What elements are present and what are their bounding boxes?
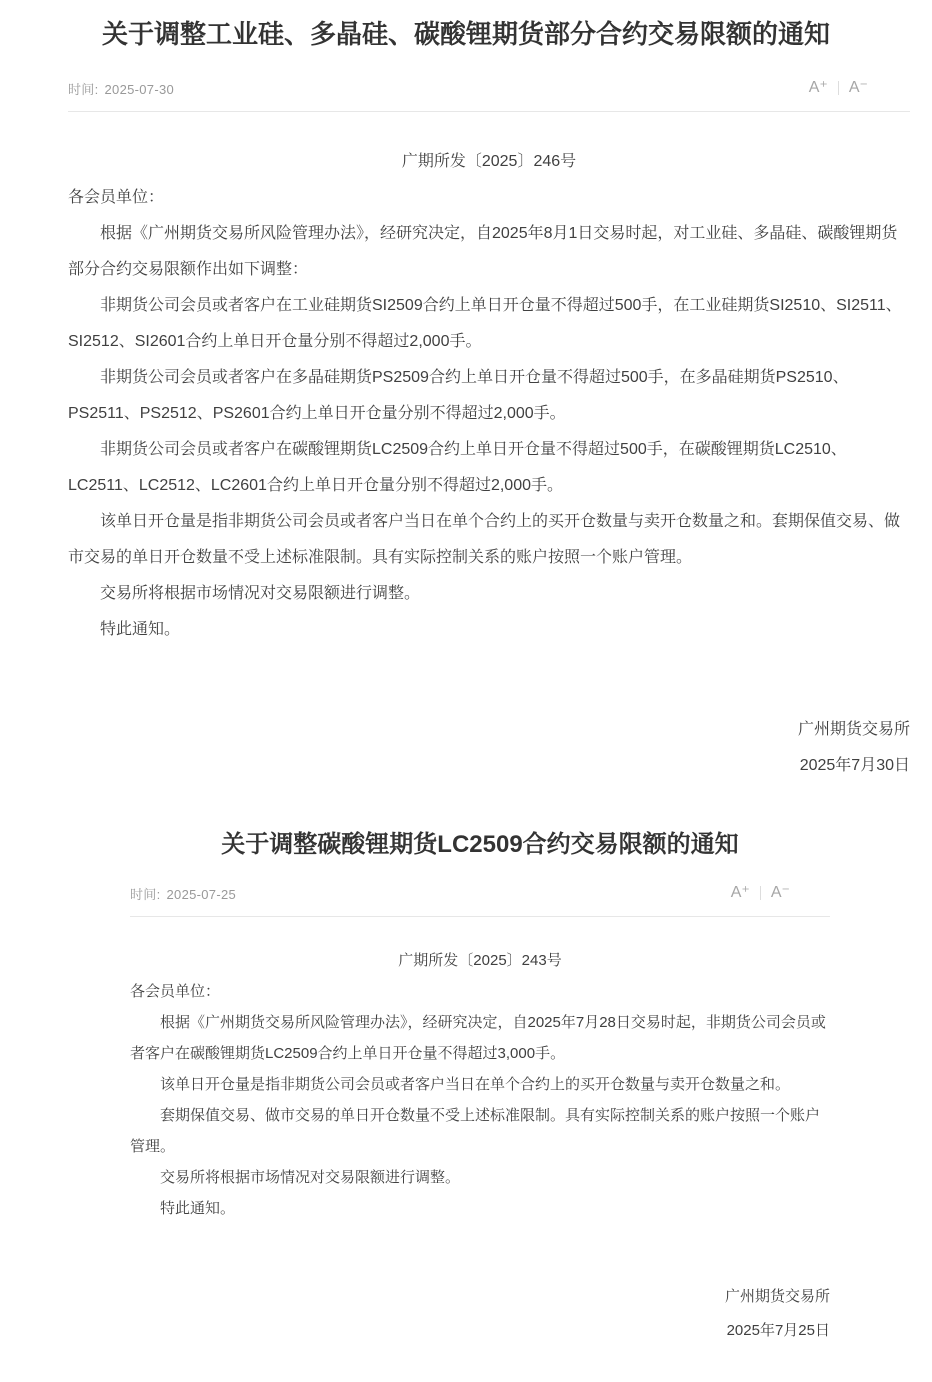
- publish-time: 时间:2025-07-25: [130, 884, 236, 903]
- signature-date: 2025年7月30日: [68, 748, 910, 784]
- body-paragraph: 该单日开仓量是指非期货公司会员或者客户当日在单个合约上的买开仓数量与卖开仓数量之…: [130, 1069, 830, 1100]
- body-paragraph: 交易所将根据市场情况对交易限额进行调整。: [68, 576, 910, 612]
- body-paragraph: 特此通知。: [130, 1193, 830, 1224]
- body-paragraph: 非期货公司会员或者客户在多晶硅期货PS2509合约上单日开仓量不得超过500手，…: [68, 360, 910, 432]
- signature-block: 广州期货交易所 2025年7月30日: [68, 712, 910, 784]
- article-title: 关于调整工业硅、多晶硅、碳酸锂期货部分合约交易限额的通知: [22, 18, 910, 51]
- body-paragraph: 非期货公司会员或者客户在碳酸锂期货LC2509合约上单日开仓量不得超过500手，…: [68, 432, 910, 504]
- publish-time: 时间:2025-07-30: [68, 79, 174, 98]
- article-title: 关于调整碳酸锂期货LC2509合约交易限额的通知: [130, 830, 830, 860]
- doc-number: 广期所发〔2025〕246号: [68, 144, 910, 180]
- font-size-controls: A⁺ A⁻: [809, 80, 868, 96]
- signature-org: 广州期货交易所: [68, 712, 910, 748]
- article-body: 各会员单位： 根据《广州期货交易所风险管理办法》，经研究决定，自2025年8月1…: [68, 180, 910, 648]
- time-label: 时间:: [68, 82, 99, 97]
- font-increase-button[interactable]: A⁺: [731, 885, 750, 901]
- body-paragraph: 交易所将根据市场情况对交易限额进行调整。: [130, 1162, 830, 1193]
- font-controls-divider: [838, 81, 839, 95]
- body-paragraph: 根据《广州期货交易所风险管理办法》，经研究决定，自2025年8月1日交易时起，对…: [68, 216, 910, 288]
- signature-date: 2025年7月25日: [130, 1314, 830, 1348]
- salutation: 各会员单位：: [130, 976, 830, 1007]
- header-divider: [68, 111, 910, 112]
- signature-org: 广州期货交易所: [130, 1280, 830, 1314]
- notice-article-2: 关于调整碳酸锂期货LC2509合约交易限额的通知 时间:2025-07-25 A…: [130, 830, 830, 1382]
- signature-block: 广州期货交易所 2025年7月25日: [130, 1280, 830, 1348]
- font-size-controls: A⁺ A⁻: [731, 885, 790, 901]
- meta-row: 时间:2025-07-25 A⁺ A⁻: [130, 884, 830, 903]
- font-decrease-button[interactable]: A⁻: [771, 885, 790, 901]
- time-label: 时间:: [130, 887, 161, 902]
- paragraph-list: 根据《广州期货交易所风险管理办法》，经研究决定，自2025年8月1日交易时起，对…: [68, 216, 910, 648]
- body-paragraph: 套期保值交易、做市交易的单日开仓数量不受上述标准限制。具有实际控制关系的账户按照…: [130, 1100, 830, 1162]
- paragraph-list: 根据《广州期货交易所风险管理办法》，经研究决定，自2025年7月28日交易时起，…: [130, 1007, 830, 1224]
- body-paragraph: 非期货公司会员或者客户在工业硅期货SI2509合约上单日开仓量不得超过500手，…: [68, 288, 910, 360]
- doc-number: 广期所发〔2025〕243号: [130, 945, 830, 976]
- font-controls-divider: [760, 886, 761, 900]
- body-paragraph: 该单日开仓量是指非期货公司会员或者客户当日在单个合约上的买开仓数量与卖开仓数量之…: [68, 504, 910, 576]
- meta-row: 时间:2025-07-30 A⁺ A⁻: [68, 79, 910, 98]
- header-divider: [130, 916, 830, 917]
- salutation: 各会员单位：: [68, 180, 910, 216]
- time-value: 2025-07-30: [105, 82, 175, 97]
- body-paragraph: 特此通知。: [68, 612, 910, 648]
- font-increase-button[interactable]: A⁺: [809, 80, 828, 96]
- body-paragraph: 根据《广州期货交易所风险管理办法》，经研究决定，自2025年7月28日交易时起，…: [130, 1007, 830, 1069]
- time-value: 2025-07-25: [167, 887, 237, 902]
- notice-article-1: 关于调整工业硅、多晶硅、碳酸锂期货部分合约交易限额的通知 时间:2025-07-…: [0, 0, 932, 784]
- article-body: 各会员单位： 根据《广州期货交易所风险管理办法》，经研究决定，自2025年7月2…: [130, 976, 830, 1224]
- font-decrease-button[interactable]: A⁻: [849, 80, 868, 96]
